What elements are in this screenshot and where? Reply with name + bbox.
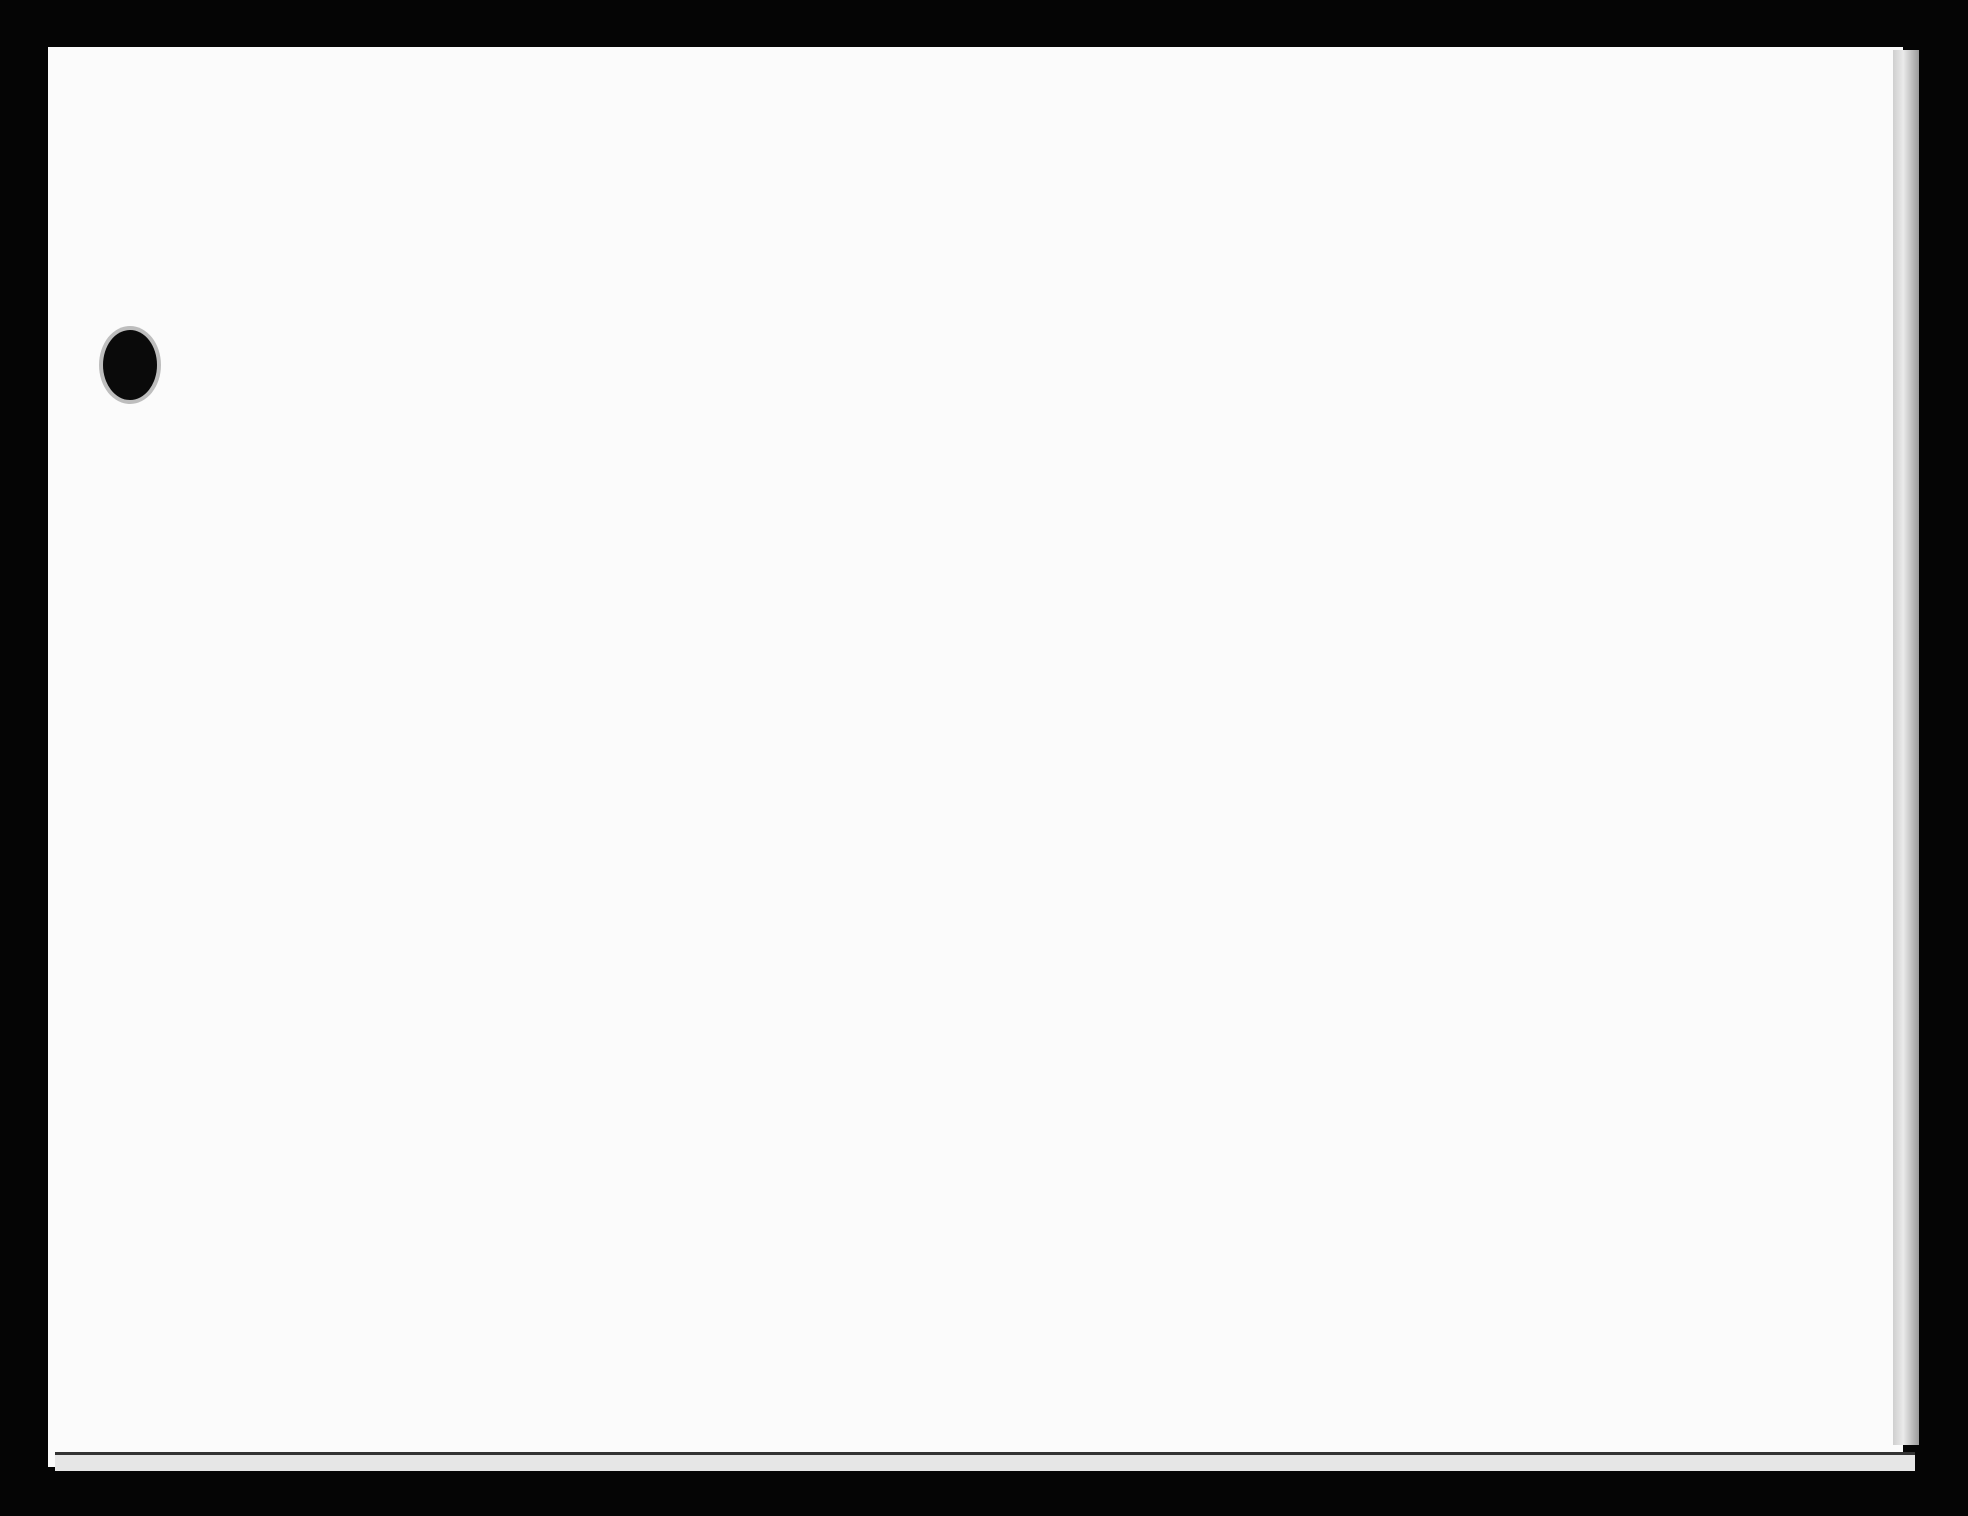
certificate-page (48, 47, 1903, 1467)
page-stack-edge (1893, 50, 1919, 1445)
binder-hole-icon (103, 330, 157, 400)
page-bottom-edge (55, 1452, 1915, 1471)
